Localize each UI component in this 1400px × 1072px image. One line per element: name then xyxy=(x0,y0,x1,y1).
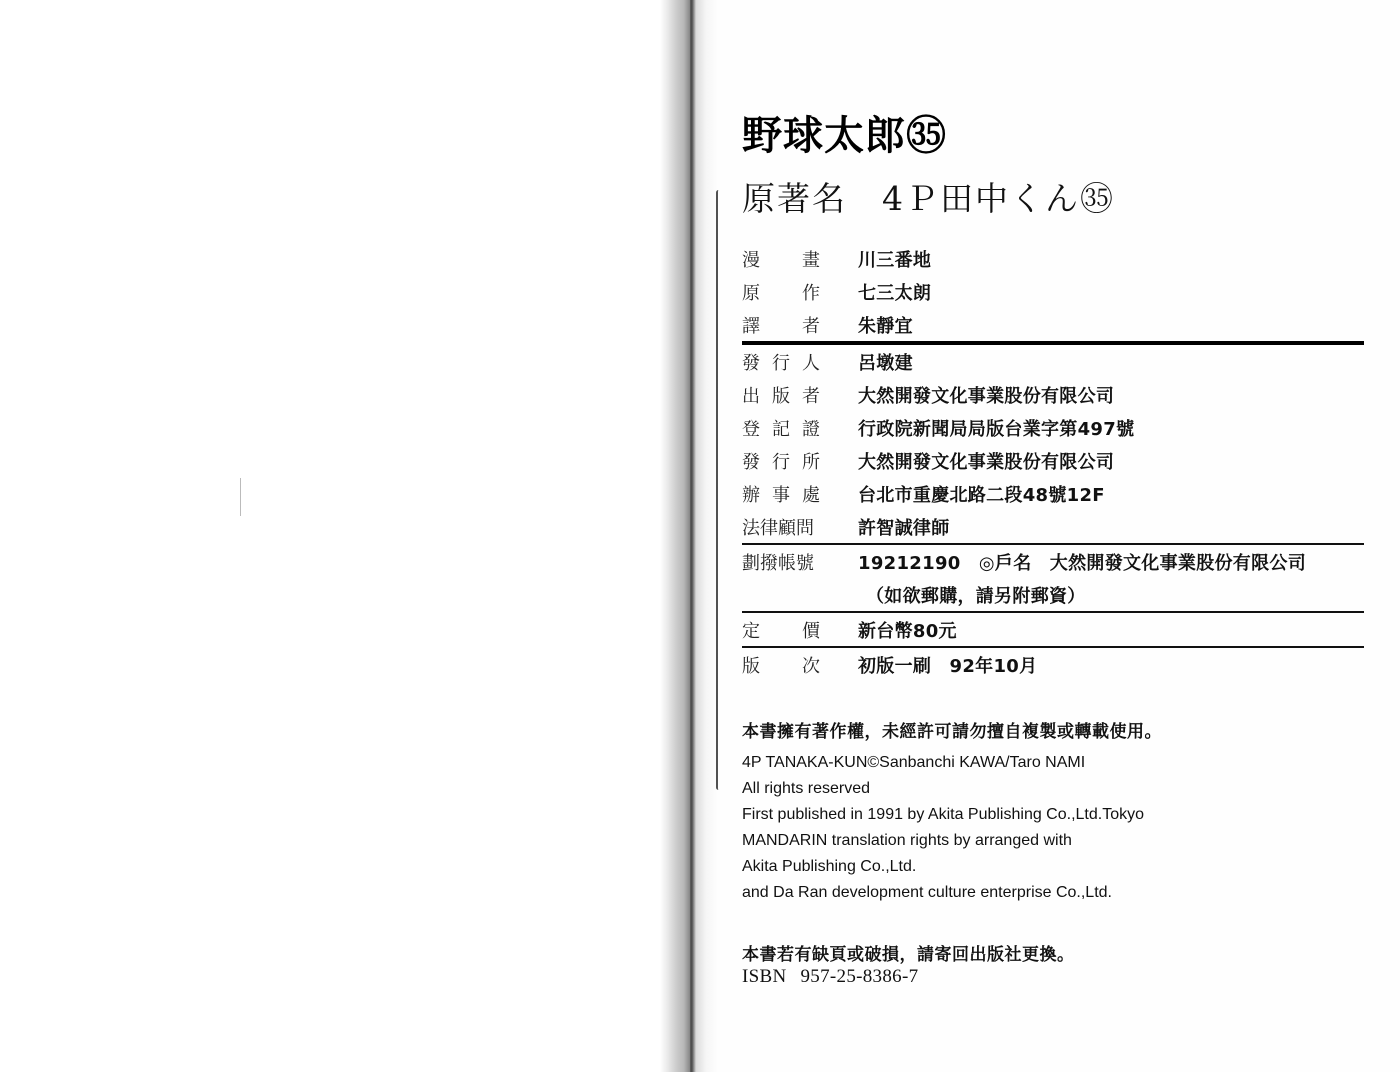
credit-value: 呂墩建 xyxy=(858,349,913,375)
credit-label: 原 作 xyxy=(742,279,820,305)
english-rights-block: 4P TANAKA-KUN©Sanbanchi KAWA/Taro NAMI A… xyxy=(742,750,1367,906)
credit-value: 行政院新聞局局版台業字第497號 xyxy=(858,415,1134,441)
credit-label: 版 次 xyxy=(742,652,820,678)
book-spine xyxy=(660,0,718,1072)
credit-value: 朱靜宜 xyxy=(858,312,913,338)
credit-row-postal-account: 劃撥帳號 19212190 ◎戶名 大然開發文化事業股份有限公司 xyxy=(742,545,1364,578)
colophon: 野球太郎㉟ 原著名 4Ｐ田中くん㉟ 漫 畫 川三番地 原 作 七三太朗 譯 者 … xyxy=(742,112,1367,989)
credit-row-legal: 法律顧問 許智誠律師 xyxy=(742,510,1364,543)
book-title: 野球太郎㉟ xyxy=(742,112,1367,160)
rights-line: MANDARIN translation rights by arranged … xyxy=(742,828,1367,854)
credit-value: 七三太朗 xyxy=(858,279,931,305)
credit-label: 發 行 人 xyxy=(742,349,820,375)
rights-line: 4P TANAKA-KUN©Sanbanchi KAWA/Taro NAMI xyxy=(742,750,1367,776)
credit-row-postal-note: （如欲郵購，請另附郵資） xyxy=(742,578,1364,611)
credit-label: 劃撥帳號 xyxy=(742,549,820,575)
credit-label: 漫 畫 xyxy=(742,246,820,272)
credit-row-original-author: 原 作 七三太朗 xyxy=(742,275,1364,308)
credit-value: 許智誠律師 xyxy=(858,514,950,540)
credit-row-publisher: 出 版 者 大然開發文化事業股份有限公司 xyxy=(742,378,1364,411)
scan-mark xyxy=(240,478,241,516)
credit-value: （如欲郵購，請另附郵資） xyxy=(858,582,1086,608)
defect-notice: 本書若有缺頁或破損，請寄回出版社更換。 xyxy=(742,940,1367,965)
isbn-value: 957-25-8386-7 xyxy=(801,966,919,987)
credits-table: 漫 畫 川三番地 原 作 七三太朗 譯 者 朱靜宜 發 行 人 xyxy=(742,242,1364,681)
credit-row-price: 定 價 新台幣80元 xyxy=(742,613,1364,646)
credit-value: 19212190 ◎戶名 大然開發文化事業股份有限公司 xyxy=(858,549,1306,575)
credit-label: 定 價 xyxy=(742,617,820,643)
rights-line: All rights reserved xyxy=(742,776,1367,802)
isbn-label: ISBN xyxy=(742,966,787,987)
credit-row-edition: 版 次 初版一刷 92年10月 xyxy=(742,648,1364,681)
original-title: 原著名 4Ｐ田中くん㉟ xyxy=(742,178,1367,220)
credit-value: 大然開發文化事業股份有限公司 xyxy=(858,448,1114,474)
rights-line: First published in 1991 by Akita Publish… xyxy=(742,802,1367,828)
credit-row-registration: 登 記 證 行政院新聞局局版台業字第497號 xyxy=(742,411,1364,444)
credit-value: 新台幣80元 xyxy=(858,617,957,643)
credit-label: 登 記 證 xyxy=(742,415,820,441)
isbn: ISBN957-25-8386-7 xyxy=(742,965,1367,989)
credit-label: 法律顧問 xyxy=(742,514,820,540)
credit-label: 譯 者 xyxy=(742,312,820,338)
credit-value: 大然開發文化事業股份有限公司 xyxy=(858,382,1114,408)
credit-row-publisher-person: 發 行 人 呂墩建 xyxy=(742,345,1364,378)
credit-row-distributor: 發 行 所 大然開發文化事業股份有限公司 xyxy=(742,444,1364,477)
credit-row-artist: 漫 畫 川三番地 xyxy=(742,242,1364,275)
credit-row-office: 辦 事 處 台北市重慶北路二段48號12F xyxy=(742,477,1364,510)
credit-label: 辦 事 處 xyxy=(742,481,820,507)
spine-crease xyxy=(690,0,692,1072)
credit-label: 發 行 所 xyxy=(742,448,820,474)
credit-label: 出 版 者 xyxy=(742,382,820,408)
credit-value: 台北市重慶北路二段48號12F xyxy=(858,481,1105,507)
copyright-notice: 本書擁有著作權，未經許可請勿擅自複製或轉載使用。 xyxy=(742,717,1367,742)
credit-value: 初版一刷 92年10月 xyxy=(858,652,1037,678)
rights-line: Akita Publishing Co.,Ltd. xyxy=(742,854,1367,880)
credit-value: 川三番地 xyxy=(858,246,931,272)
credit-row-translator: 譯 者 朱靜宜 xyxy=(742,308,1364,341)
rights-line: and Da Ran development culture enterpris… xyxy=(742,880,1367,906)
page-edge xyxy=(716,190,721,790)
left-page xyxy=(0,0,680,1072)
